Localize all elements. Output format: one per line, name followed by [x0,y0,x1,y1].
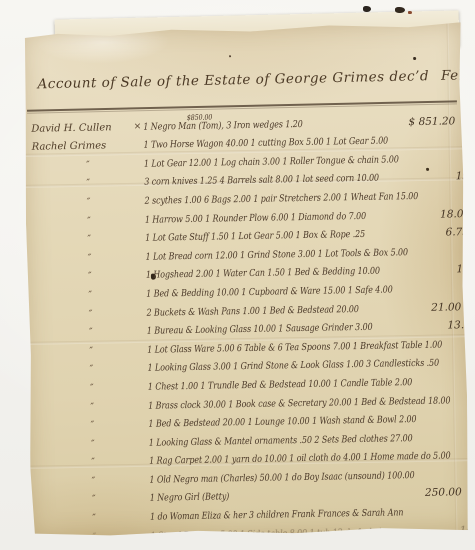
sale-mark: × [134,121,144,131]
document-photo: Account of Sale of the Estate of George … [0,0,475,550]
amount-cell: 13.00 [463,374,470,387]
amount-cell: 27.50 [463,430,470,443]
buyer-cell: ″ [36,400,148,413]
buyer-cell: ″ [33,214,145,227]
buyer-cell: ″ [34,251,146,264]
amount-cell: 32.00 [467,411,469,424]
buyer-cell: ″ [34,307,146,320]
buyer-cell: ″ [36,419,148,432]
amount-cell: 18.00 [408,208,469,221]
buyer-cell: Rachel Grimes [32,140,144,153]
amount-cell: 13.50 [424,263,469,276]
buyer-cell: ″ [36,382,148,395]
buyer-cell: ″ [34,270,146,283]
buyer-cell: ″ [37,437,149,450]
ledger-sheet: Account of Sale of the Estate of George … [23,22,470,538]
ledger-rows: David H. Cullen×1 Negro Man (Tom), 3 Iro… [31,108,464,537]
title-text: Account of Sale of the Estate of George … [37,68,429,92]
price-note: $850.00 [187,112,213,121]
document-title: Account of Sale of the Estate of George … [37,68,455,93]
ink-speck [395,7,405,13]
buyer-cell: ″ [35,363,147,376]
buyer-cell: ″ [37,475,149,488]
amount-cell: 29.00 [440,281,470,294]
buyer-cell: ″ [37,456,149,469]
amount-cell: 1150.00 [452,504,470,517]
buyer-cell: ″ [35,326,147,339]
amount-cell: 6.75 [407,226,470,239]
buyer-cell: David H. Cullen× [31,121,143,134]
amount-cell: 150.00 [465,467,469,480]
buyer-cell: ″ [34,289,146,302]
buyer-cell: ″ [32,159,144,172]
ink-speck [229,55,231,57]
amount-cell: 19.25 [424,170,470,183]
amount-cell: 20.00 [458,244,470,257]
amount-cell: 21.00 [399,301,463,314]
amount-cell: 50.00 [435,133,470,146]
items-cell: 1 Stand Drawers 5.00 1 Side table 8.00 1… [150,526,389,538]
amount-cell: 250.00 [400,487,464,500]
title-date: Feby 25th 1852 [441,65,470,83]
stain-speck [408,11,412,14]
buyer-cell: ″ [32,177,144,190]
amount-cell: 13.00 [415,319,469,332]
amount-cell: 145.00 [434,523,469,536]
amount-cell: 20.00 [447,151,469,164]
buyer-cell: ″ [38,530,150,537]
buyer-cell: ″ [35,344,147,357]
ink-speck [413,57,416,60]
buyer-cell: ″ [33,233,145,246]
buyer-cell: ″ [38,493,150,506]
amount-cell: $ 851.20 [393,115,457,128]
buyer-cell: ″ [33,196,145,209]
ink-speck [363,6,371,12]
